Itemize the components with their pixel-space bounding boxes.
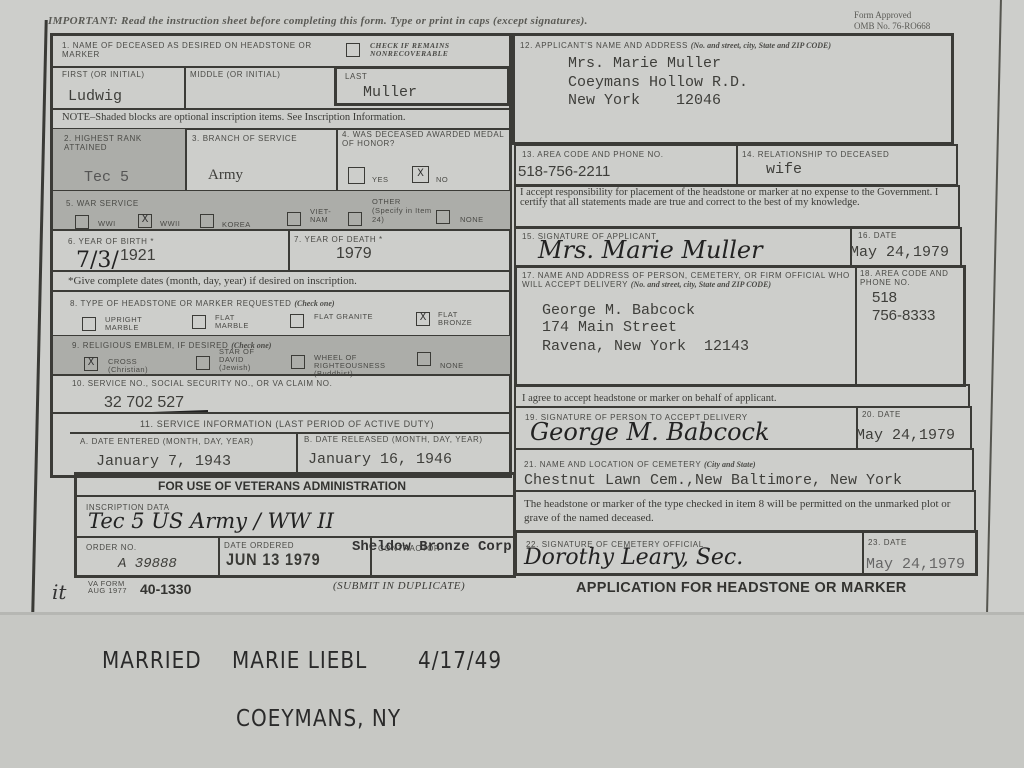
medal-yes-checkbox[interactable]	[348, 167, 365, 184]
applicant-address-line1[interactable]: Mrs. Marie Muller	[568, 55, 721, 72]
divider	[862, 530, 864, 576]
delivery-address-line3[interactable]: Ravena, New York 12143	[542, 338, 749, 355]
service-number-value[interactable]: 32 702 527	[104, 394, 184, 411]
order-no-value: A 39888	[118, 556, 177, 573]
marker-upright-marble-checkbox[interactable]	[82, 317, 96, 331]
contractor-value: Sheldow Bronze Corp	[352, 539, 512, 556]
emblem-wheel-checkbox[interactable]	[291, 355, 305, 369]
war-wwi-checkbox[interactable]	[75, 215, 89, 229]
phone-value[interactable]: 518-756-2211	[518, 163, 610, 180]
first-name-label: FIRST (Or initial)	[62, 70, 145, 79]
war-vietnam-label: VIET-NAM	[310, 208, 340, 224]
applicant-signature[interactable]: Mrs. Marie Muller	[538, 236, 763, 264]
relationship-value[interactable]: wife	[766, 161, 802, 178]
death-year-value[interactable]: 1979	[336, 245, 372, 262]
dates-note: *Give complete dates (month, day, year) …	[68, 276, 357, 287]
applicant-address-line3[interactable]: New York 12046	[568, 92, 721, 109]
va-form-label: VA FORM AUG 1977	[88, 580, 127, 594]
delivery-address-line2[interactable]: 174 Main Street	[542, 319, 677, 336]
marker-flat-bronze-label: FLAT BRONZE	[438, 311, 488, 327]
note-marriage-date: 4/17/49	[418, 646, 502, 674]
emblem-cross-checkbox[interactable]: X	[84, 357, 98, 371]
item16-label: 16. DATE	[858, 231, 897, 240]
omb-approval: Form Approved OMB No. 76-RO668	[854, 10, 930, 32]
branch-value[interactable]: Army	[208, 167, 243, 184]
shaded-note: NOTE–Shaded blocks are optional inscript…	[62, 112, 406, 123]
item21-label: 21. NAME AND LOCATION OF CEMETERY (City …	[524, 460, 756, 469]
war-vietnam-checkbox[interactable]	[287, 212, 301, 226]
war-none-label: NONE	[460, 216, 484, 224]
war-wwii-label: WWII	[160, 220, 180, 228]
emblem-cross-label: CROSS (Christian)	[108, 358, 168, 374]
item14-label: 14. RELATIONSHIP TO DECEASED	[742, 150, 889, 159]
medal-yes-label: YES	[372, 176, 389, 184]
delivery-date-value[interactable]: May 24,1979	[856, 427, 955, 444]
marker-flat-granite-checkbox[interactable]	[290, 314, 304, 328]
marker-upright-marble-label: UPRIGHT MARBLE	[105, 316, 165, 332]
war-wwii-checkbox[interactable]: X	[138, 214, 152, 228]
item11-label: 11. SERVICE INFORMATION (Last period of …	[140, 420, 434, 429]
emblem-star-checkbox[interactable]	[196, 356, 210, 370]
item7-label: 7. YEAR OF DEATH *	[294, 235, 383, 244]
date-released-value[interactable]: January 16, 1946	[308, 451, 452, 468]
note-location: COEYMANS, NY	[236, 704, 401, 732]
submit-note: (SUBMIT IN DUPLICATE)	[333, 581, 465, 592]
medal-no-label: NO	[436, 176, 448, 184]
agree-text: I agree to accept headstone or marker on…	[522, 393, 777, 404]
date-released-label: B. DATE RELEASED (Month, day, year)	[304, 435, 483, 444]
divider	[52, 108, 510, 110]
applicant-address-line2[interactable]: Coeymans Hollow R.D.	[568, 74, 748, 91]
divider	[184, 66, 186, 109]
war-korea-label: KOREA	[222, 221, 251, 229]
divider	[288, 229, 290, 271]
inscription-value: Tec 5 US Army / WW II	[88, 509, 334, 533]
item6-label: 6. YEAR OF BIRTH *	[68, 237, 154, 246]
war-other-label: OTHER (Specify in Item 24)	[372, 197, 432, 224]
last-name-value: Muller	[363, 84, 417, 101]
divider	[52, 270, 510, 272]
divider	[70, 432, 510, 434]
divider	[52, 374, 510, 376]
war-wwi-label: WWI	[98, 220, 116, 228]
item5-label: 5. WAR SERVICE	[66, 199, 139, 208]
date-entered-label: A. DATE ENTERED (Month, day, year)	[80, 437, 254, 446]
backing-sheet	[0, 615, 1024, 768]
order-no-label: ORDER NO.	[86, 543, 137, 552]
divider	[736, 144, 738, 186]
nonrecoverable-label: CHECK IF REMAINS NONRECOVERABLE	[370, 42, 480, 58]
rank-value[interactable]: Tec 5	[84, 169, 129, 186]
delivery-signature[interactable]: George M. Babcock	[530, 418, 770, 446]
permit-text: The headstone or marker of the type chec…	[524, 497, 964, 525]
middle-name-label: MIDDLE (Or initial)	[190, 70, 281, 79]
date-ordered-label: DATE ORDERED	[224, 541, 294, 550]
va-use-title: FOR USE OF VETERANS ADMINISTRATION	[158, 479, 406, 493]
nonrecoverable-checkbox[interactable]	[346, 43, 360, 57]
first-name-value[interactable]: Ludwig	[68, 88, 122, 105]
instruction-header: IMPORTANT: Read the instruction sheet be…	[48, 15, 588, 27]
marker-flat-bronze-checkbox[interactable]: X	[416, 312, 430, 326]
divider	[52, 229, 510, 231]
divider	[76, 495, 514, 497]
medal-no-checkbox[interactable]: X	[412, 166, 429, 183]
date-entered-value[interactable]: January 7, 1943	[96, 453, 231, 470]
war-other-checkbox[interactable]	[348, 212, 362, 226]
margin-scribble: it	[52, 580, 66, 604]
date-ordered-stamp: JUN 13 1979	[226, 550, 321, 570]
divider	[218, 536, 220, 576]
delivery-phone-line1[interactable]: 518	[872, 289, 897, 306]
marker-flat-granite-label: FLAT GRANITE	[314, 313, 374, 321]
divider	[855, 265, 857, 385]
divider	[296, 432, 298, 472]
item18-label: 18. AREA CODE AND PHONE NO.	[860, 269, 960, 287]
cemetery-value[interactable]: Chestnut Lawn Cem.,New Baltimore, New Yo…	[524, 472, 902, 489]
item12-label: 12. APPLICANT'S NAME AND ADDRESS (No. an…	[520, 41, 831, 50]
item2-label: 2. HIGHEST RANK ATTAINED	[64, 134, 144, 152]
divider	[336, 128, 338, 190]
birth-year-value[interactable]: 1921	[120, 247, 156, 264]
delivery-address-line1[interactable]: George M. Babcock	[542, 302, 695, 319]
item23-label: 23. DATE	[868, 538, 907, 547]
emblem-none-label: NONE	[440, 362, 464, 370]
war-none-checkbox[interactable]	[436, 210, 450, 224]
war-korea-checkbox[interactable]	[200, 214, 214, 228]
item3-label: 3. BRANCH OF SERVICE	[192, 134, 297, 143]
emblem-star-label: STAR OF DAVID (Jewish)	[219, 348, 263, 372]
divider	[185, 128, 187, 190]
item1-label: 1. NAME OF DECEASED AS DESIRED ON HEADST…	[62, 41, 332, 59]
item17-label: 17. NAME AND ADDRESS OF PERSON, CEMETERY…	[522, 271, 852, 289]
divider	[52, 412, 510, 414]
divider	[52, 290, 510, 292]
item10-label: 10. SERVICE NO., SOCIAL SECURITY NO., OR…	[72, 379, 332, 388]
marker-flat-marble-checkbox[interactable]	[192, 315, 206, 329]
note-marie-liebl: MARIE LIEBL	[232, 646, 367, 674]
emblem-none-checkbox[interactable]	[417, 352, 431, 366]
item13-label: 13. AREA CODE AND PHONE NO.	[522, 150, 664, 159]
note-married: MARRIED	[102, 646, 202, 674]
marker-flat-marble-label: FLAT MARBLE	[215, 314, 265, 330]
cemetery-official-signature[interactable]: Dorothy Leary, Sec.	[524, 545, 743, 570]
cemetery-date-value[interactable]: May 24,1979	[866, 556, 965, 573]
form-title: APPLICATION FOR HEADSTONE OR MARKER	[576, 580, 907, 596]
item4-label: 4. WAS DECEASED AWARDED MEDAL OF HONOR?	[342, 130, 512, 148]
divider	[76, 536, 514, 538]
delivery-phone-line2[interactable]: 756-8333	[872, 307, 935, 324]
item8-label: 8. TYPE OF HEADSTONE OR MARKER REQUESTED…	[70, 299, 335, 308]
certify-text: I accept responsibility for placement of…	[520, 188, 940, 208]
applicant-date-value[interactable]: May 24,1979	[850, 244, 949, 261]
form-number: 40-1330	[140, 581, 191, 597]
item20-label: 20. DATE	[862, 410, 901, 419]
last-name-label: LAST	[345, 72, 367, 81]
